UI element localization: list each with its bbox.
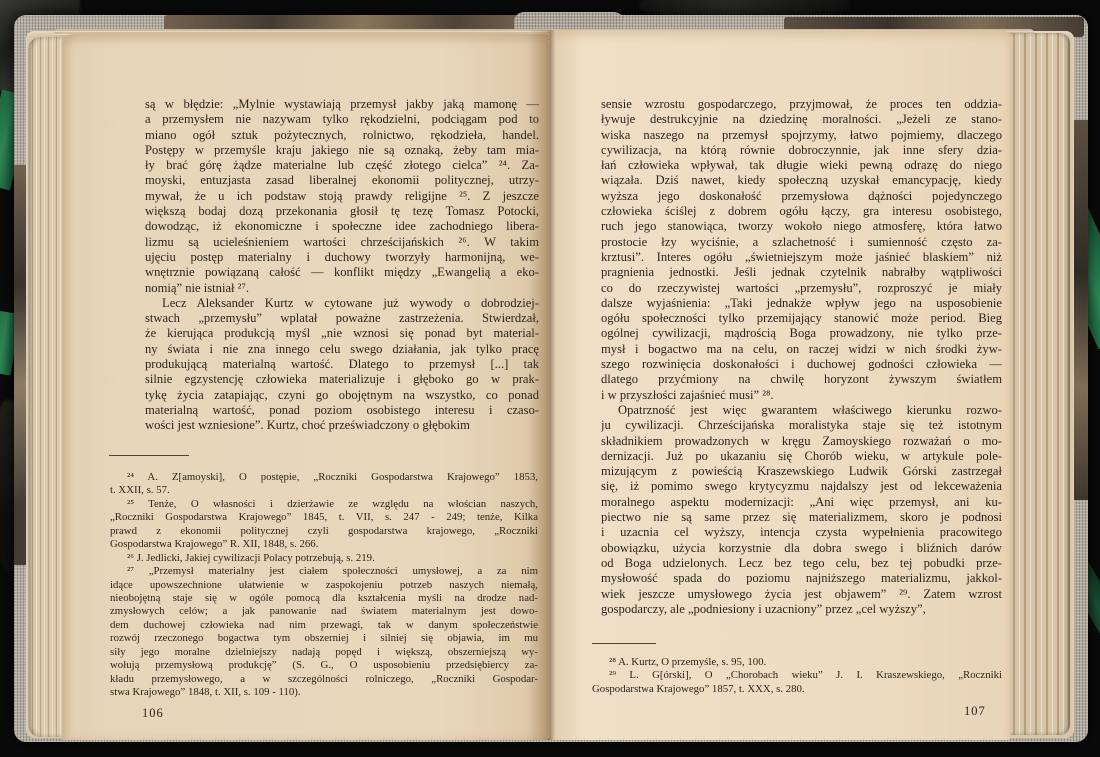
paragraph: Lecz Aleksander Kurtz w cytowane już wyw… (145, 296, 539, 434)
text-line: Gospodarstwa Krajowego” 1857, t. XXX, s.… (592, 683, 1002, 696)
text-line: dlatego przyćmiony na chwilę horyzont ży… (601, 372, 1002, 387)
paragraph: ²⁷ „Przemysł materialny jest ciałem społ… (110, 565, 538, 699)
text-line: prawd z ekonomii politycznej czyli gospo… (110, 525, 538, 538)
text-line: ogółu społeczności tylko przemijający st… (601, 311, 1002, 326)
text-line: wyższa jego doskonałość przemysłowa dążn… (601, 189, 1002, 204)
text-line: gospodarczy, ale „podniesiony i uzacnion… (601, 602, 1002, 617)
left-page-body-text: są w błędzie: „Mylnie wystawiają przemys… (145, 97, 539, 434)
paragraph: Opatrzność jest więc gwarantem właściweg… (601, 403, 1002, 617)
paragraph: ²⁵ Tenże, O własności i dzierżawie ze wz… (110, 498, 538, 552)
left-page-footnotes: ²⁴ A. Z[amoyski], O postępie, „Roczniki … (110, 471, 538, 699)
text-line: i uzacnia cel wyższy, intencja czysta wy… (601, 525, 1002, 540)
text-line: nieobojętną staje się w ogóle pomocą dla… (110, 592, 538, 605)
text-line: wości jest wzniesione”. Kurtz, choć prze… (145, 418, 539, 433)
page-number-right: 107 (964, 704, 986, 719)
text-line: zmysłowych celów; a jak panowanie nad św… (110, 605, 538, 618)
text-line: produkującą materialną wartość. Dlatego … (145, 357, 539, 372)
open-book: są w błędzie: „Mylnie wystawiają przemys… (14, 15, 1088, 742)
text-line: moralnego aspektu modernizacji: „Ani wię… (601, 495, 1002, 510)
text-line: stwa Krajowego” 1848, t. XII, s. 109 - 1… (110, 686, 538, 699)
text-line: siły jego moralne dzielniejszy nadają po… (110, 646, 538, 659)
text-line: pragnienia jednostki. Jeśli jednak czyte… (601, 265, 1002, 280)
text-line: „Roczniki Gospodarstwa Krajowego” 1845, … (110, 511, 538, 524)
text-line: miano ogół sztuk pożytecznych, rolnictwo… (145, 128, 539, 143)
text-line: wiska naszego na przemysł spojrzymy, łat… (601, 128, 1002, 143)
text-line: co do rzeczywistej wartości „przemysłu”,… (601, 281, 1002, 296)
text-line: mysł i bogactwo ma na celu, on raczej wi… (601, 342, 1002, 357)
paragraph: ²⁶ J. Jedlicki, Jakiej cywilizacji Polac… (110, 552, 538, 565)
paragraph: sensie wzrostu gospodarczego, przyjmował… (601, 97, 1002, 403)
text-line: ²⁸ A. Kurtz, O przemyśle, s. 95, 100. (592, 656, 1002, 669)
text-line: mysłowość spada do poziomu najniższego m… (601, 571, 1002, 586)
text-line: idące upowszechnione ułatwienie w zaspok… (110, 579, 538, 592)
page-number-left: 106 (142, 706, 164, 721)
text-line: piectwo nie są same przez się materializ… (601, 510, 1002, 525)
text-line: człowieka ściślej z dobrem ogółu łączy, … (601, 204, 1002, 219)
text-line: nomią” nie istniał ²⁷. (145, 281, 539, 296)
text-line: ²⁷ „Przemysł materialny jest ciałem społ… (110, 565, 538, 578)
text-line: Postępy w przemyśle kraju jakiego nie są… (145, 143, 539, 158)
text-line: się, iż pomimo swego krytycyzmu najdalsz… (601, 479, 1002, 494)
text-line: mywał, że u ich podstaw stoją prawdy rel… (145, 189, 539, 204)
text-line: cywilizacja, na którą równie dobroczynni… (601, 143, 1002, 158)
text-line: dalsze wyjaśnienia: „Taki jednakże wpływ… (601, 296, 1002, 311)
text-line: silnie egzystencję człowieka materializu… (145, 372, 539, 387)
text-line: Gospodarstwa Krajowego” R. XII, 1848, s.… (110, 538, 538, 551)
text-line: ²⁴ A. Z[amoyski], O postępie, „Roczniki … (110, 471, 538, 484)
text-line: obowiązku, użycia korzystnie dla dobra s… (601, 541, 1002, 556)
text-line: ny świata i nie zna innego celu swego dz… (145, 342, 539, 357)
text-line: ruch jego stanowiąca, tworzy wokoło nieg… (601, 219, 1002, 234)
text-line: wiek jeszcze umysłowego życia jest objaw… (601, 587, 1002, 602)
paragraph: ²⁴ A. Z[amoyski], O postępie, „Roczniki … (110, 471, 538, 498)
text-line: lizmu są ucieleśnieniem wartości chrześc… (145, 235, 539, 250)
text-line: moyski, entuzjasta zasad liberalnej ekon… (145, 173, 539, 188)
paragraph: ²⁸ A. Kurtz, O przemyśle, s. 95, 100. (592, 656, 1002, 669)
footnote-separator (109, 455, 189, 456)
left-page: są w błędzie: „Mylnie wystawiają przemys… (62, 34, 548, 740)
book-gutter-shadow (528, 30, 572, 740)
page-edges-right (1008, 33, 1070, 735)
text-line: Opatrzność jest więc gwarantem właściweg… (601, 403, 1002, 418)
text-line: rozwój rzeczonego bogactwa tym obszernie… (110, 632, 538, 645)
text-line: Lecz Aleksander Kurtz w cytowane już wyw… (145, 296, 539, 311)
text-line: prostocie łzy wyciśnie, a szlachetność i… (601, 235, 1002, 250)
text-line: ²⁶ J. Jedlicki, Jakiej cywilizacji Polac… (110, 552, 538, 565)
text-line: materialną wartość, ponad poziom osobist… (145, 403, 539, 418)
text-line: od Boga udzielonych. Lecz bez tego celu,… (601, 556, 1002, 571)
paragraph: ²⁹ L. G[órski], O „Chorobach wieku” J. I… (592, 669, 1002, 696)
footnote-separator (592, 643, 656, 644)
text-line: wiązała. Dziś nawet, kiedy społeczną uzy… (601, 173, 1002, 188)
text-line: szego rozwinięcia doskonałości i duchowe… (601, 357, 1002, 372)
text-line: ²⁵ Tenże, O własności i dzierżawie ze wz… (110, 498, 538, 511)
text-line: t. XXII, s. 57. (110, 484, 538, 497)
text-line: kładu przemysłowego, a w szczególności r… (110, 673, 538, 686)
text-line: ju cywilizacji. Chrześcijańska moralisty… (601, 418, 1002, 433)
text-line: są w błędzie: „Mylnie wystawiają przemys… (145, 97, 539, 112)
text-line: ²⁹ L. G[órski], O „Chorobach wieku” J. I… (592, 669, 1002, 682)
text-line: większą bodaj dozą przekonania głosił tę… (145, 204, 539, 219)
text-line: łań człowieka wpływał, tak długie wieki … (601, 158, 1002, 173)
text-line: dernizacji. Już po ukazaniu się Chorób w… (601, 449, 1002, 464)
text-line: wnętrznie powiązaną całość — konflikt mi… (145, 265, 539, 280)
text-line: krztusi”. Interes ogółu „świetniejszym m… (601, 250, 1002, 265)
book-photo-scene: są w błędzie: „Mylnie wystawiają przemys… (0, 0, 1100, 757)
text-line: ogólnej cywilizacji, mądrością Boga prow… (601, 326, 1002, 341)
text-line: ływuje destrukcyjnie na dziedzinę moraln… (601, 112, 1002, 127)
right-page: sensie wzrostu gospodarczego, przyjmował… (550, 30, 1010, 740)
text-line: mizującym z powieścią Kraszewskiego Ludw… (601, 464, 1002, 479)
text-line: składnikiem prowadzonych w kręgu Zamoysk… (601, 434, 1002, 449)
text-line: stwach „przemysłu” wplatał poważne zastr… (145, 311, 539, 326)
text-line: sensie wzrostu gospodarczego, przyjmował… (601, 97, 1002, 112)
text-line: wołują przemysłową produkcję” (S. G., O … (110, 659, 538, 672)
text-line: że kierująca produkcją myśl „nie wznosi … (145, 326, 539, 341)
text-line: i w przyszłości zajaśnieć musi” ²⁸. (601, 388, 1002, 403)
text-line: a przemysłem nie nazywam tylko rękodziel… (145, 112, 539, 127)
right-page-footnotes: ²⁸ A. Kurtz, O przemyśle, s. 95, 100.²⁹ … (592, 656, 1002, 696)
text-line: dem duchowej człowieka nad nim przewagi,… (110, 619, 538, 632)
text-line: dowodząc, iż ekonomiczne i społeczne ide… (145, 219, 539, 234)
paragraph: są w błędzie: „Mylnie wystawiają przemys… (145, 97, 539, 296)
text-line: tykę życia zatapiając, czyni go obojętny… (145, 388, 539, 403)
text-line: ły brać górę żądze materialne lub część … (145, 158, 539, 173)
right-page-body-text: sensie wzrostu gospodarczego, przyjmował… (601, 97, 1002, 617)
text-line: ujęciu postęp materialny i duchowy tworz… (145, 250, 539, 265)
